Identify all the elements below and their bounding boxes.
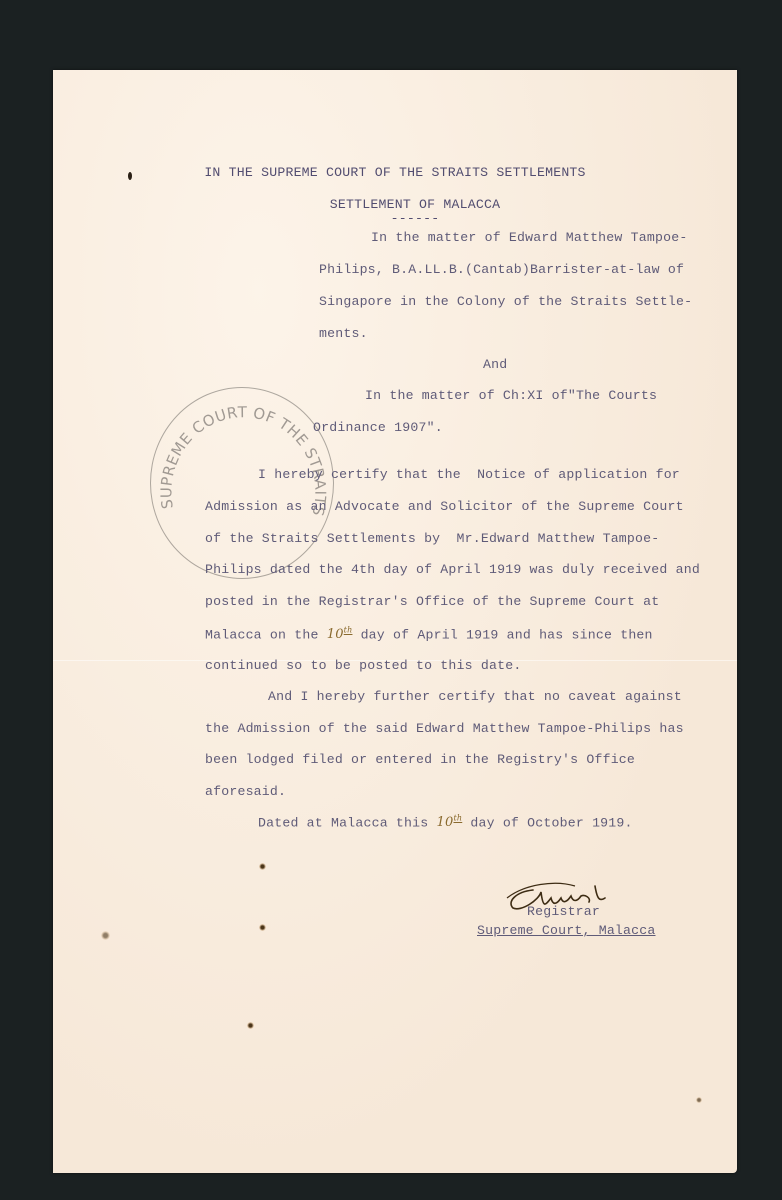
- handwritten-posted-day: 10th: [327, 627, 353, 642]
- matter-1-line-2: Philips, B.A.LL.B.(Cantab)Barrister-at-l…: [319, 262, 684, 277]
- certify-line-6: Malacca on the 10th day of April 1919 an…: [205, 626, 653, 642]
- foxing-spot: [259, 863, 266, 870]
- foxing-spot: [259, 924, 266, 931]
- further-line-3: been lodged filed or entered in the Regi…: [205, 752, 635, 767]
- foxing-spot: [696, 1097, 702, 1103]
- matter-1-line-1: In the matter of Edward Matthew Tampoe-: [371, 230, 687, 245]
- certify-line-2: Admission as an Advocate and Solicitor o…: [205, 499, 684, 514]
- matter-1-line-3: Singapore in the Colony of the Straits S…: [319, 294, 692, 309]
- further-line-4: aforesaid.: [205, 784, 286, 799]
- certify-line-3: of the Straits Settlements by Mr.Edward …: [205, 531, 659, 546]
- signature-title: Registrar: [527, 904, 600, 919]
- ink-mark: [128, 172, 132, 180]
- foxing-spot: [101, 931, 110, 940]
- certify-line-1: I hereby certify that the Notice of appl…: [258, 467, 680, 482]
- signature-office: Supreme Court, Malacca: [477, 923, 656, 938]
- matter-2-line-2: Ordinance 1907".: [313, 420, 443, 435]
- foxing-spot: [247, 1022, 254, 1029]
- certify-line-7: continued so to be posted to this date.: [205, 658, 521, 673]
- further-line-2: the Admission of the said Edward Matthew…: [205, 721, 684, 736]
- further-line-1: And I hereby further certify that no cav…: [268, 689, 682, 704]
- certify-line-5: posted in the Registrar's Office of the …: [205, 594, 659, 609]
- court-seal-stamp: SUPREME COURT OF THE STRAITS SETTLEMENTS: [150, 387, 334, 579]
- matter-2-line-1: In the matter of Ch:XI of"The Courts: [365, 388, 657, 403]
- matter-1-line-4: ments.: [319, 326, 368, 341]
- and-label: And: [483, 357, 507, 372]
- handwritten-dated-day: 10th: [437, 815, 463, 830]
- certify-line-4: Philips dated the 4th day of April 1919 …: [205, 562, 700, 577]
- dated-line: Dated at Malacca this 10th day of Octobe…: [258, 814, 633, 830]
- document-page: SUPREME COURT OF THE STRAITS SETTLEMENTS…: [53, 70, 737, 1173]
